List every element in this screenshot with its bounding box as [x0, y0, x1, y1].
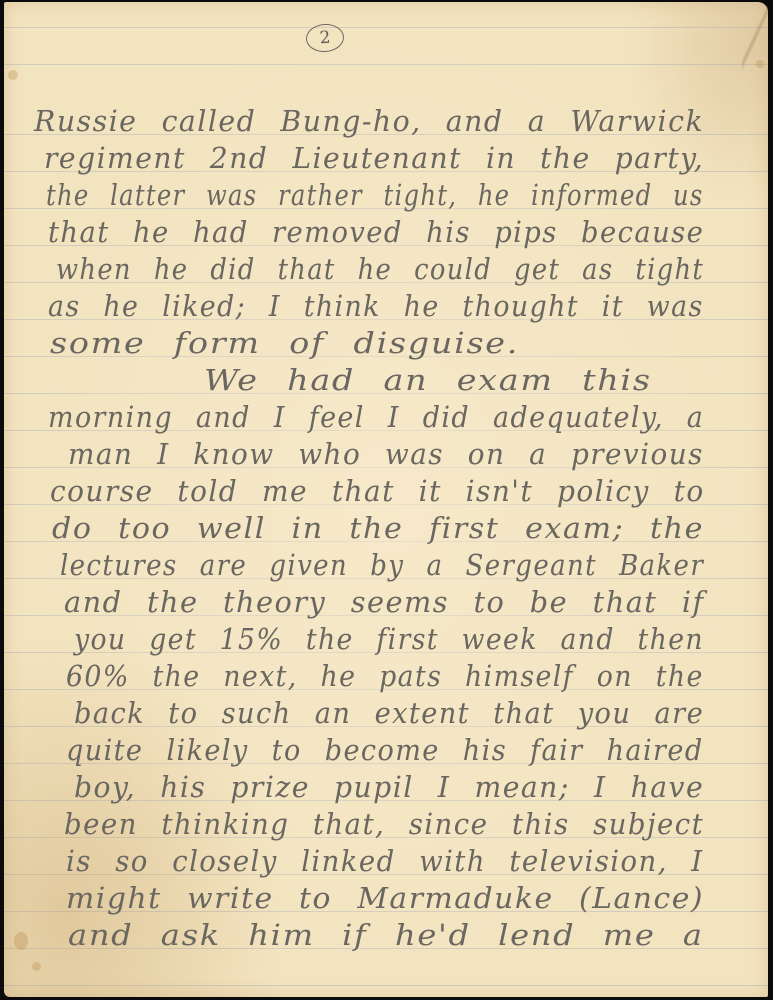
handwritten-text: Russie called Bung-ho, and a Warwick reg…	[4, 2, 768, 997]
text-line: the latter was rather tight, he informed…	[46, 177, 704, 214]
text-line: We had an exam this	[204, 362, 652, 399]
text-line: and the theory seems to be that if	[64, 584, 705, 621]
text-line: 60% the next, he pats himself on the	[66, 658, 704, 695]
letter-page: 2 Russie called Bung-ho, and a Warwick r…	[4, 2, 768, 997]
text-line: that he had removed his pips because	[48, 214, 704, 251]
text-line: regiment 2nd Lieutenant in the party,	[44, 140, 704, 177]
text-line: might write to Marmaduke (Lance)	[66, 880, 704, 917]
text-line: you get 15% the first week and then	[74, 621, 704, 658]
text-line: quite likely to become his fair haired	[66, 732, 704, 769]
text-line: morning and I feel I did adequately, a	[48, 399, 704, 436]
text-line: back to such an extent that you are	[74, 695, 704, 732]
text-line: man I know who was on a previous	[68, 436, 704, 473]
text-line: boy, his prize pupil I mean; I have	[74, 769, 704, 806]
text-line: is so closely linked with television, I	[66, 843, 704, 880]
text-line: been thinking that, since this subject	[64, 806, 704, 843]
text-line: as he liked; I think he thought it was	[48, 288, 704, 325]
text-line: some form of disguise.	[50, 325, 519, 362]
text-line: when he did that he could get as tight	[56, 251, 704, 288]
text-line: and ask him if he'd lend me a	[68, 917, 704, 954]
text-line: lectures are given by a Sergeant Baker	[60, 547, 704, 584]
text-line: course told me that it isn't policy to	[50, 473, 705, 510]
text-line: Russie called Bung-ho, and a Warwick	[34, 103, 704, 140]
text-line: do too well in the first exam; the	[52, 510, 704, 547]
